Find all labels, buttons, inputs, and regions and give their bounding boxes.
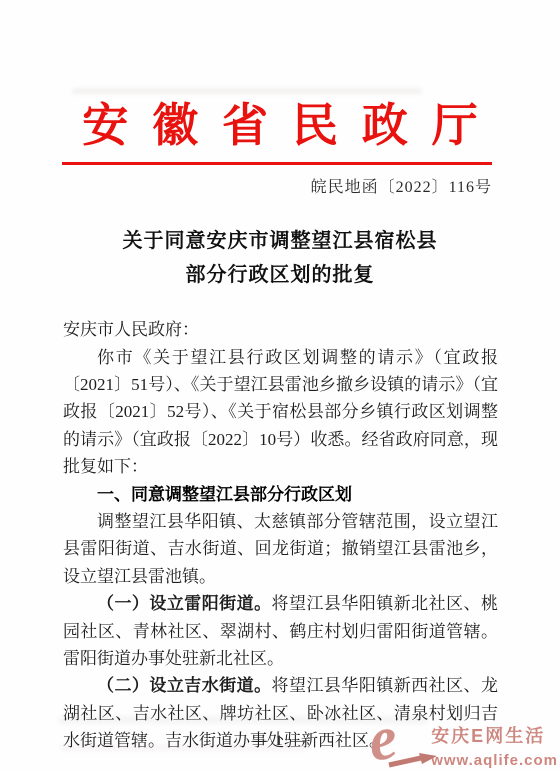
bleed-through-artifact <box>72 88 422 94</box>
section1-paragraph: 调整望江县华阳镇、太慈镇部分管辖范围，设立望江县雷阳街道、吉水街道、回龙街道；撤… <box>63 508 498 590</box>
doc-body: 安庆市人民政府： 你市《关于望江县行政区划调整的请示》（宜政报〔2021〕51号… <box>63 316 498 755</box>
watermark: e 安庆E网生活 www.aqlife.com <box>369 716 558 772</box>
doc-title-line1: 关于同意安庆市调整望江县宿松县 <box>0 224 560 258</box>
document-page: 安徽省民政厅 皖民地函〔2022〕116号 关于同意安庆市调整望江县宿松县 部分… <box>0 0 560 772</box>
intro-paragraph: 你市《关于望江县行政区划调整的请示》（宜政报〔2021〕51号）、《关于望江县雷… <box>63 344 498 481</box>
item2-lead: （二）设立吉水街道。 <box>97 676 272 695</box>
item1-lead: （一）设立雷阳街道。 <box>97 594 272 613</box>
arrow-icon <box>387 752 439 770</box>
letterhead-divider <box>62 162 492 165</box>
section1-heading: 一、同意调整望江县部分行政区划 <box>63 481 498 508</box>
doc-title: 关于同意安庆市调整望江县宿松县 部分行政区划的批复 <box>0 224 560 292</box>
e-logo-icon: e <box>369 716 431 772</box>
item1-paragraph: （一）设立雷阳街道。将望江县华阳镇新北社区、桃园社区、青林社区、翠湖村、鹤庄村划… <box>63 590 498 672</box>
salutation: 安庆市人民政府： <box>63 316 498 343</box>
doc-title-line2: 部分行政区划的批复 <box>0 258 560 292</box>
watermark-text: 安庆E网生活 www.aqlife.com <box>431 722 558 769</box>
doc-number: 皖民地函〔2022〕116号 <box>0 174 492 197</box>
watermark-brand: 安庆E网生活 <box>431 722 558 748</box>
watermark-url: www.aqlife.com <box>431 752 558 769</box>
letterhead-org-name: 安徽省民政厅 <box>0 98 560 153</box>
